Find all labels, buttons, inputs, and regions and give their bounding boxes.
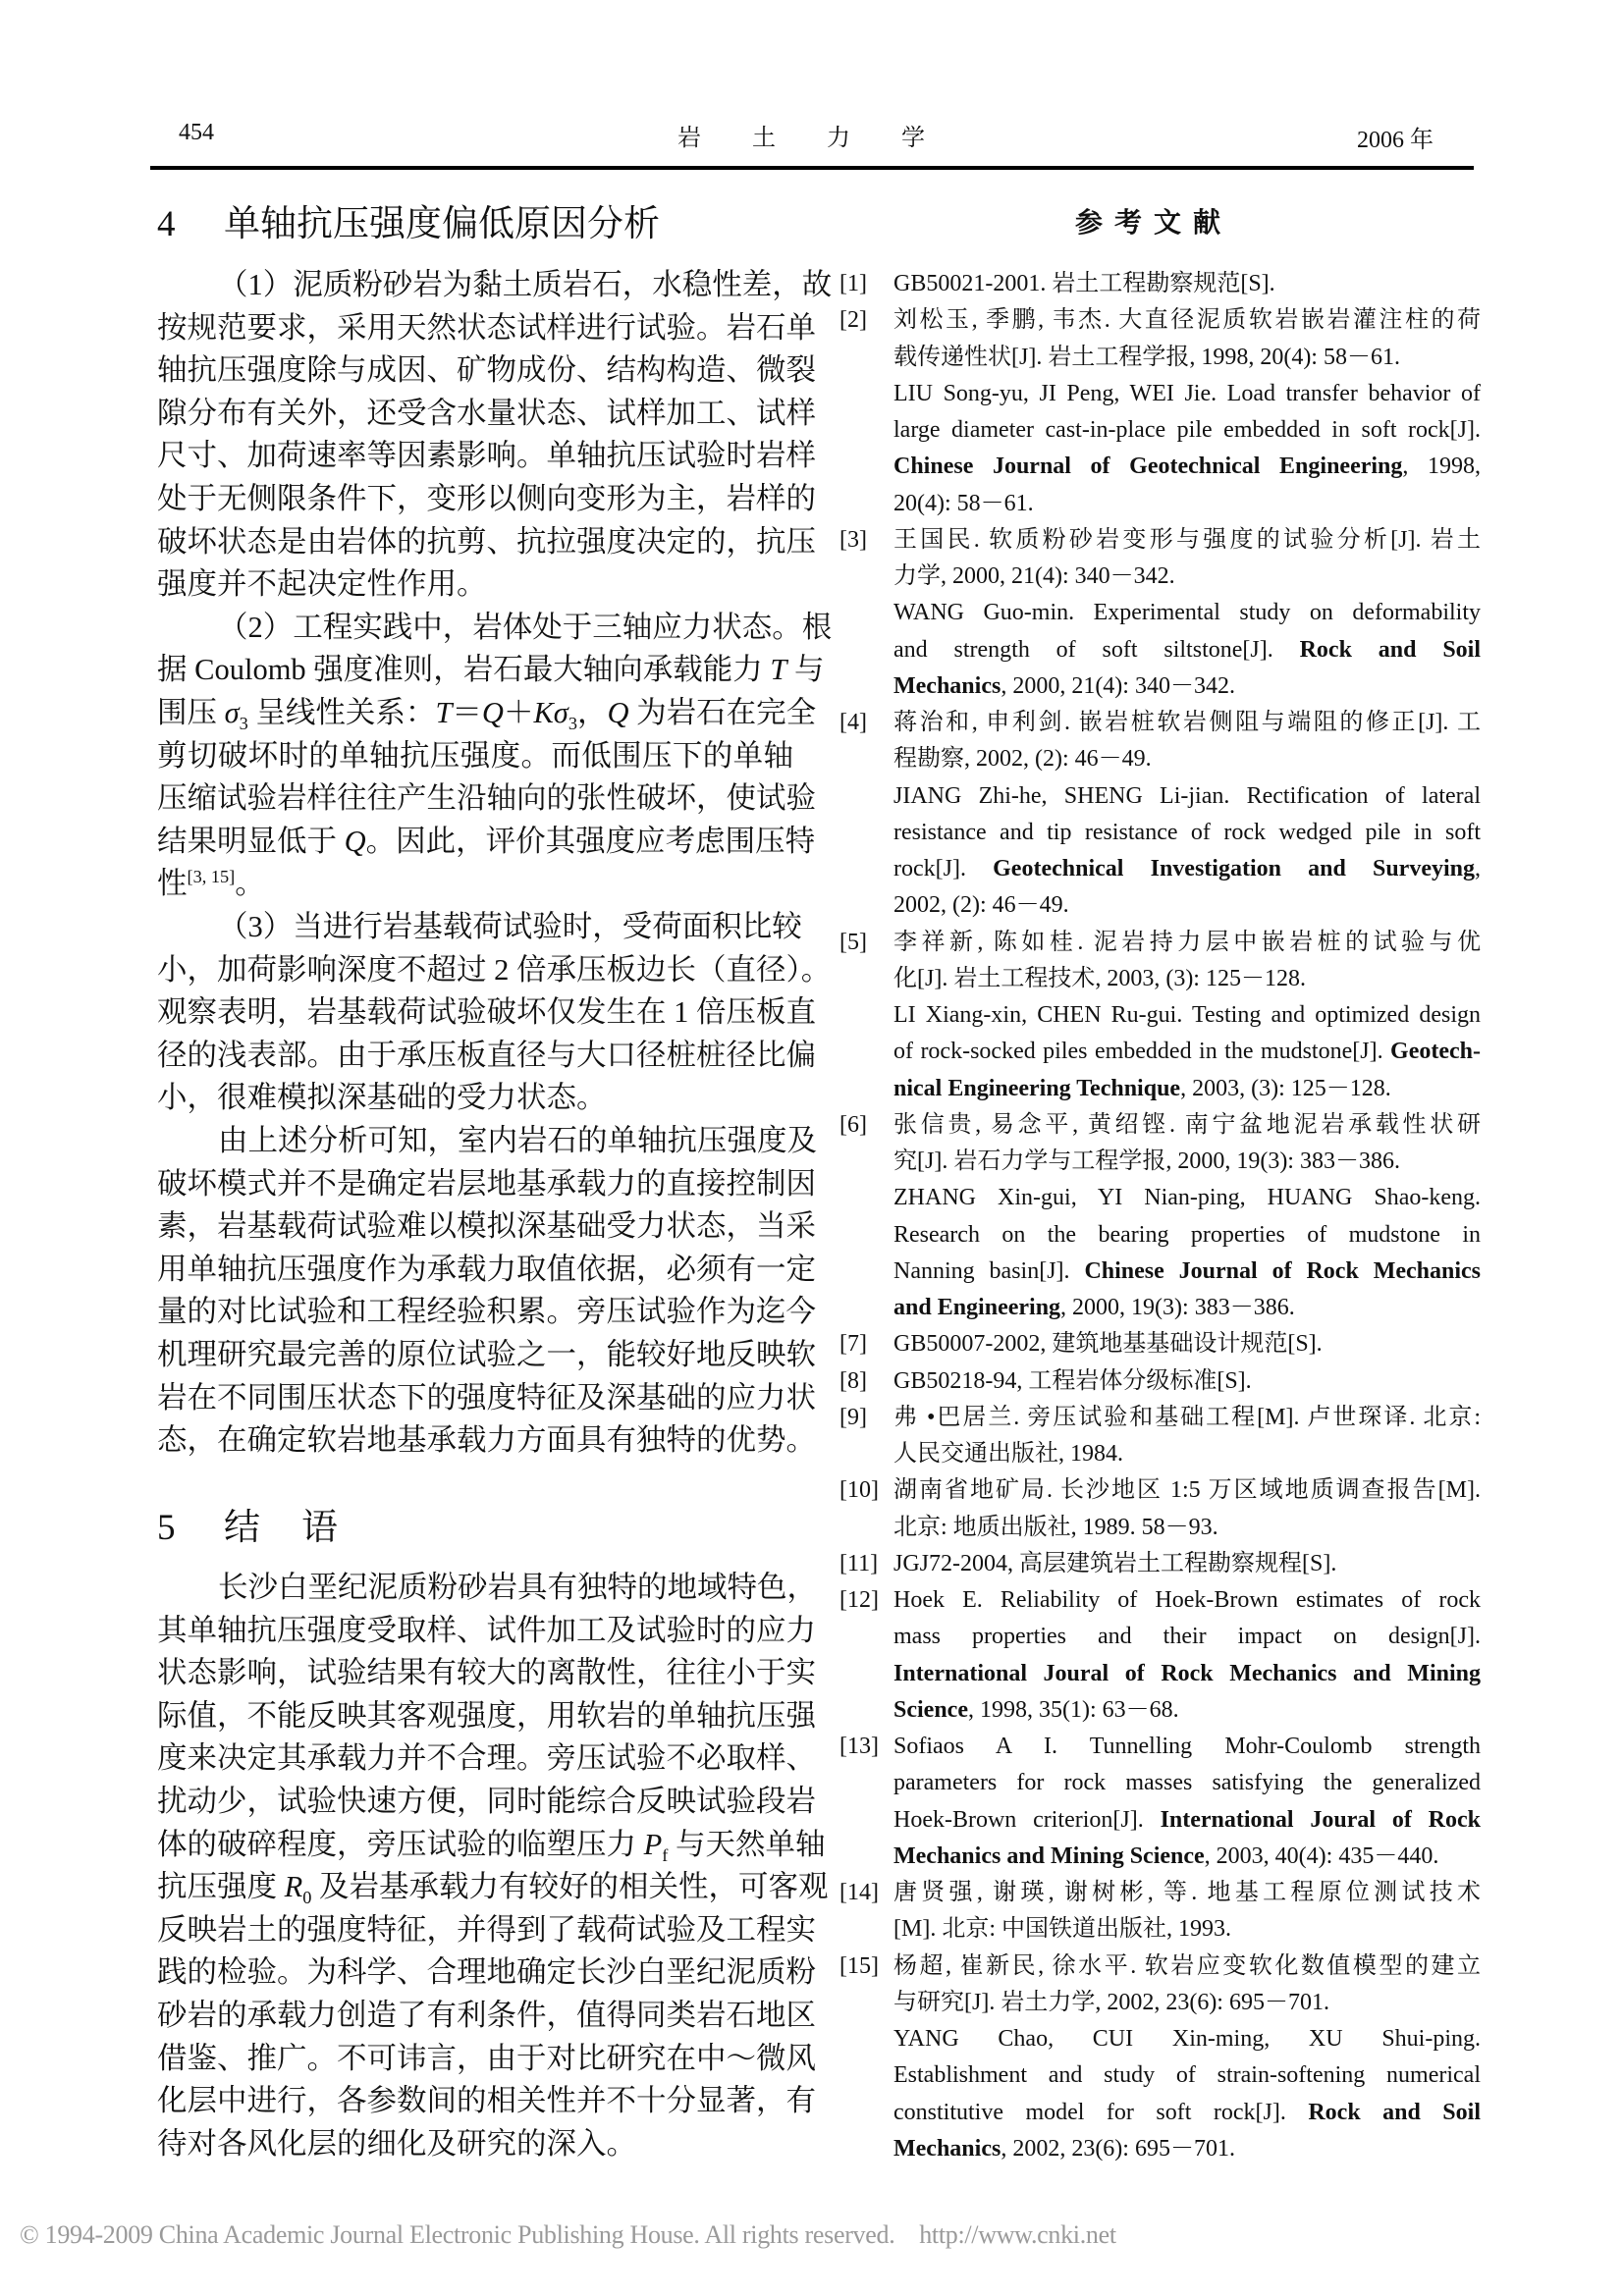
reference-item: [4]蒋治和, 申利剑. 嵌岩桩软岩侧阻与端阻的修正[J]. 工: [837, 705, 1481, 741]
reference-line: nical Engineering Technique, 2003, (3): …: [837, 1071, 1481, 1107]
reference-item: [15]杨超, 崔新民, 徐水平. 软岩应变软化数值模型的建立: [837, 1949, 1481, 1985]
body-text-line: 素，岩基载荷试验难以模拟深基础受力状态，当采: [157, 1204, 793, 1248]
reference-item: [1]GB50021-2001. 岩土工程勘察规范[S].: [837, 266, 1481, 302]
reference-line: Establishment and study of strain-soften…: [837, 2057, 1481, 2094]
reference-text: 力学, 2000, 21(4): 340－342.: [893, 559, 1481, 595]
reference-text: 王国民. 软质粉砂岩变形与强度的试验分析[J]. 岩土: [893, 522, 1481, 559]
reference-line: 程勘察, 2002, (2): 46－49.: [837, 741, 1481, 777]
body-text-line: 砂岩的承载力创造了有利条件，值得同类岩石地区: [157, 1994, 793, 2037]
reference-text: JIANG Zhi-he, SHENG Li-jian. Rectificati…: [893, 778, 1481, 815]
reference-text: rock[J]. Geotechnical Investigation and …: [893, 851, 1481, 887]
body-text-line: 机理研究最完善的原位试验之一，能较好地反映软: [157, 1333, 793, 1376]
reference-text: parameters for rock masses satisfying th…: [893, 1765, 1481, 1801]
reference-line: 与研究[J]. 岩土力学, 2002, 23(6): 695－701.: [837, 1985, 1481, 2021]
reference-label: [15]: [839, 1949, 879, 1985]
reference-item: [6]张信贵, 易念平, 黄绍铿. 南宁盆地泥岩承载性状研: [837, 1107, 1481, 1144]
reference-line: 20(4): 58－61.: [837, 486, 1481, 522]
reference-text: 李祥新, 陈如桂. 泥岩持力层中嵌岩桩的试验与优: [893, 925, 1481, 961]
reference-item: [3]王国民. 软质粉砂岩变形与强度的试验分析[J]. 岩土: [837, 522, 1481, 559]
reference-text: Sofiaos A I. Tunnelling Mohr-Coulomb str…: [893, 1729, 1481, 1765]
body-text-line: 化层中进行，各参数间的相关性并不十分显著，有: [157, 2079, 793, 2122]
body-text-line: 反映岩土的强度特征，并得到了载荷试验及工程实: [157, 1908, 793, 1951]
body-text-line: 隙分布有关外，还受含水量状态、试样加工、试样: [157, 392, 793, 435]
body-text-line: 破坏模式并不是确定岩层地基承载力的直接控制因: [157, 1162, 793, 1205]
reference-label: [12]: [839, 1582, 879, 1619]
reference-text: 杨超, 崔新民, 徐水平. 软岩应变软化数值模型的建立: [893, 1949, 1481, 1985]
body-text-line: 借鉴、推广。不可讳言，由于对比研究在中～微风: [157, 2037, 793, 2080]
reference-line: Mechanics and Mining Science, 2003, 40(4…: [837, 1839, 1481, 1875]
journal-title-char: 力: [827, 118, 852, 152]
body-text-line: 小，加荷影响深度不超过 2 倍承压板边长（直径）。: [157, 948, 793, 991]
journal-title-char: 学: [901, 118, 927, 152]
reference-text: Nanning basin[J]. Chinese Journal of Roc…: [893, 1254, 1481, 1290]
reference-line: 2002, (2): 46－49.: [837, 887, 1481, 924]
reference-line: 化[J]. 岩土工程技术, 2003, (3): 125－128.: [837, 961, 1481, 997]
reference-text: LIU Song-yu, JI Peng, WEI Jie. Load tran…: [893, 376, 1481, 412]
footer-url[interactable]: http://www.cnki.net: [919, 2220, 1116, 2249]
reference-label: [14]: [839, 1875, 879, 1911]
reference-text: Hoek E. Reliability of Hoek-Brown estima…: [893, 1582, 1481, 1619]
body-text-line: 由上述分析可知，室内岩石的单轴抗压强度及: [157, 1119, 793, 1162]
reference-line: constitutive model for soft rock[J]. Roc…: [837, 2095, 1481, 2131]
section-title-char: 结: [224, 1508, 260, 1548]
reference-line: International Joural of Rock Mechanics a…: [837, 1656, 1481, 1692]
reference-item: [5]李祥新, 陈如桂. 泥岩持力层中嵌岩桩的试验与优: [837, 925, 1481, 961]
reference-item: [9]弗 •巴居兰. 旁压试验和基础工程[M]. 卢世琛译. 北京:: [837, 1400, 1481, 1436]
body-text-line: （2）工程实践中，岩体处于三轴应力状态。根: [157, 606, 793, 649]
reference-line: of rock-socked piles embedded in the mud…: [837, 1034, 1481, 1070]
reference-text: GB50218-94, 工程岩体分级标准[S].: [893, 1363, 1481, 1400]
body-text-line: 据 Coulomb 强度准则，岩石最大轴向承载能力 T 与: [157, 648, 793, 691]
reference-label: [13]: [839, 1729, 879, 1765]
reference-text: 张信贵, 易念平, 黄绍铿. 南宁盆地泥岩承载性状研: [893, 1107, 1481, 1144]
body-text-line: 轴抗压强度除与成因、矿物成份、结构构造、微裂: [157, 348, 793, 392]
body-text-line: 践的检验。为科学、合理地确定长沙白垩纪泥质粉: [157, 1950, 793, 1994]
reference-line: Research on the bearing properties of mu…: [837, 1217, 1481, 1254]
reference-text: 究[J]. 岩石力学与工程学报, 2000, 19(3): 383－386.: [893, 1144, 1481, 1180]
reference-label: [4]: [839, 705, 867, 741]
reference-line: ZHANG Xin-gui, YI Nian-ping, HUANG Shao-…: [837, 1180, 1481, 1216]
references-title: 参考文献: [1075, 201, 1232, 240]
body-text-line: 剪切破坏时的单轴抗压强度。而低围压下的单轴: [157, 734, 793, 777]
body-text-line: 强度并不起决定性作用。: [157, 562, 793, 606]
reference-line: 北京: 地质出版社, 1989. 58－93.: [837, 1510, 1481, 1546]
body-text-line: 结果明显低于 Q。因此，评价其强度应考虑围压特: [157, 820, 793, 863]
reference-item: [10]湖南省地矿局. 长沙地区 1:5 万区域地质调查报告[M].: [837, 1472, 1481, 1509]
reference-text: 载传递性状[J]. 岩土工程学报, 1998, 20(4): 58－61.: [893, 340, 1481, 376]
journal-title-char: 岩: [677, 118, 703, 152]
copyright-text: © 1994-2009 China Academic Journal Elect…: [20, 2220, 894, 2249]
reference-text: LI Xiang-xin, CHEN Ru-gui. Testing and o…: [893, 997, 1481, 1034]
reference-text: large diameter cast-in-place pile embedd…: [893, 412, 1481, 449]
reference-text: Chinese Journal of Geotechnical Engineer…: [893, 449, 1481, 485]
reference-text: Mechanics, 2002, 23(6): 695－701.: [893, 2131, 1481, 2167]
reference-line: Mechanics, 2000, 21(4): 340－342.: [837, 668, 1481, 705]
reference-item: [7]GB50007-2002, 建筑地基基础设计规范[S].: [837, 1326, 1481, 1362]
body-text-line: 状态影响，试验结果有较大的离散性，往往小于实: [157, 1651, 793, 1694]
section-4-heading: 4单轴抗压强度偏低原因分析: [157, 193, 660, 246]
reference-text: JGJ72-2004, 高层建筑岩土工程勘察规程[S].: [893, 1546, 1481, 1582]
reference-text: 唐贤强, 谢瑛, 谢树彬, 等. 地基工程原位测试技术: [893, 1875, 1481, 1911]
reference-line: YANG Chao, CUI Xin-ming, XU Shui-ping.: [837, 2021, 1481, 2057]
reference-text: Mechanics, 2000, 21(4): 340－342.: [893, 668, 1481, 705]
body-text-line: 其单轴抗压强度受取样、试件加工及试验时的应力: [157, 1609, 793, 1652]
reference-text: [M]. 北京: 中国铁道出版社, 1993.: [893, 1911, 1481, 1948]
reference-label: [2]: [839, 302, 867, 339]
reference-label: [6]: [839, 1107, 867, 1144]
body-text-line: 待对各风化层的细化及研究的深入。: [157, 2122, 793, 2165]
reference-text: Research on the bearing properties of mu…: [893, 1217, 1481, 1254]
journal-title-char: 土: [752, 118, 778, 152]
reference-label: [11]: [839, 1546, 878, 1582]
page-number: 454: [179, 120, 214, 146]
reference-label: [8]: [839, 1363, 867, 1400]
header-rule: [150, 166, 1474, 170]
reference-text: 与研究[J]. 岩土力学, 2002, 23(6): 695－701.: [893, 1985, 1481, 2021]
reference-line: and Engineering, 2000, 19(3): 383－386.: [837, 1290, 1481, 1326]
copyright-footer: © 1994-2009 China Academic Journal Elect…: [20, 2220, 1116, 2250]
reference-text: 人民交通出版社, 1984.: [893, 1436, 1481, 1472]
journal-title: 岩 土 力 学: [677, 118, 927, 152]
body-text-line: 用单轴抗压强度作为承载力取值依据，必须有一定: [157, 1248, 793, 1291]
body-text-line: 体的破碎程度，旁压试验的临塑压力 Pf 与天然单轴: [157, 1823, 793, 1866]
section-number: 4: [157, 203, 224, 245]
body-text-line: 度来决定其承载力并不合理。旁压试验不必取样、: [157, 1736, 793, 1780]
reference-text: 刘松玉, 季鹏, 韦杰. 大直径泥质软岩嵌岩灌注柱的荷: [893, 302, 1481, 339]
reference-line: rock[J]. Geotechnical Investigation and …: [837, 851, 1481, 887]
reference-item: [2]刘松玉, 季鹏, 韦杰. 大直径泥质软岩嵌岩灌注柱的荷: [837, 302, 1481, 339]
reference-line: 人民交通出版社, 1984.: [837, 1436, 1481, 1472]
reference-line: Nanning basin[J]. Chinese Journal of Roc…: [837, 1254, 1481, 1290]
reference-line: JIANG Zhi-he, SHENG Li-jian. Rectificati…: [837, 778, 1481, 815]
reference-item: [11]JGJ72-2004, 高层建筑岩土工程勘察规程[S].: [837, 1546, 1481, 1582]
body-text-line: 量的对比试验和工程经验积累。旁压试验作为迄今: [157, 1290, 793, 1333]
reference-line: 力学, 2000, 21(4): 340－342.: [837, 559, 1481, 595]
reference-text: constitutive model for soft rock[J]. Roc…: [893, 2095, 1481, 2131]
reference-text: GB50007-2002, 建筑地基基础设计规范[S].: [893, 1326, 1481, 1362]
body-text-line: 长沙白垩纪泥质粉砂岩具有独特的地域特色，: [157, 1566, 793, 1609]
reference-label: [1]: [839, 266, 867, 302]
body-text-line: 破坏状态是由岩体的抗剪、抗拉强度决定的，抗压: [157, 520, 793, 563]
reference-text: 20(4): 58－61.: [893, 486, 1481, 522]
body-text-line: 岩在不同围压状态下的强度特征及深基础的应力状: [157, 1376, 793, 1419]
reference-text: Hoek-Brown criterion[J]. International J…: [893, 1802, 1481, 1839]
body-text-line: （1）泥质粉砂岩为黏土质岩石，水稳性差，故: [157, 263, 793, 306]
reference-text: 弗 •巴居兰. 旁压试验和基础工程[M]. 卢世琛译. 北京:: [893, 1400, 1481, 1436]
reference-item: [14]唐贤强, 谢瑛, 谢树彬, 等. 地基工程原位测试技术: [837, 1875, 1481, 1911]
reference-line: Hoek-Brown criterion[J]. International J…: [837, 1802, 1481, 1839]
reference-label: [5]: [839, 925, 867, 961]
reference-item: [8]GB50218-94, 工程岩体分级标准[S].: [837, 1363, 1481, 1400]
body-text-line: 性[3, 15]。: [157, 862, 793, 905]
reference-text: 2002, (2): 46－49.: [893, 887, 1481, 924]
reference-item: [13]Sofiaos A I. Tunnelling Mohr-Coulomb…: [837, 1729, 1481, 1765]
reference-text: 化[J]. 岩土工程技术, 2003, (3): 125－128.: [893, 961, 1481, 997]
reference-label: [10]: [839, 1472, 879, 1509]
reference-text: 蒋治和, 申利剑. 嵌岩桩软岩侧阻与端阻的修正[J]. 工: [893, 705, 1481, 741]
reference-line: Chinese Journal of Geotechnical Engineer…: [837, 449, 1481, 485]
reference-line: Science, 1998, 35(1): 63－68.: [837, 1692, 1481, 1729]
body-text-line: 径的浅表部。由于承压板直径与大口径桩桩径比偏: [157, 1034, 793, 1077]
reference-line: mass properties and their impact on desi…: [837, 1619, 1481, 1655]
reference-line: parameters for rock masses satisfying th…: [837, 1765, 1481, 1801]
reference-line: Mechanics, 2002, 23(6): 695－701.: [837, 2131, 1481, 2167]
reference-text: Establishment and study of strain-soften…: [893, 2057, 1481, 2094]
reference-item: [12]Hoek E. Reliability of Hoek-Brown es…: [837, 1582, 1481, 1619]
body-text-line: 压缩试验岩样往往产生沿轴向的张性破坏，使试验: [157, 776, 793, 820]
body-text-line: 处于无侧限条件下，变形以侧向变形为主，岩样的: [157, 477, 793, 520]
reference-line: resistance and tip resistance of rock we…: [837, 815, 1481, 851]
reference-line: large diameter cast-in-place pile embedd…: [837, 412, 1481, 449]
reference-text: 湖南省地矿局. 长沙地区 1:5 万区域地质调查报告[M].: [893, 1472, 1481, 1509]
section-title: 单轴抗压强度偏低原因分析: [224, 204, 660, 244]
reference-text: 北京: 地质出版社, 1989. 58－93.: [893, 1510, 1481, 1546]
body-text-line: 按规范要求，采用天然状态试样进行试验。岩石单: [157, 306, 793, 349]
reference-text: nical Engineering Technique, 2003, (3): …: [893, 1071, 1481, 1107]
reference-line: LIU Song-yu, JI Peng, WEI Jie. Load tran…: [837, 376, 1481, 412]
reference-line: and strength of soft siltstone[J]. Rock …: [837, 632, 1481, 668]
reference-line: LI Xiang-xin, CHEN Ru-gui. Testing and o…: [837, 997, 1481, 1034]
journal-year: 2006 年: [1357, 120, 1434, 154]
body-text-line: 小，很难模拟深基础的受力状态。: [157, 1076, 793, 1119]
reference-text: and Engineering, 2000, 19(3): 383－386.: [893, 1290, 1481, 1326]
reference-line: 究[J]. 岩石力学与工程学报, 2000, 19(3): 383－386.: [837, 1144, 1481, 1180]
reference-text: YANG Chao, CUI Xin-ming, XU Shui-ping.: [893, 2021, 1481, 2057]
body-text-line: 尺寸、加荷速率等因素影响。单轴抗压试验时岩样: [157, 434, 793, 477]
reference-line: [M]. 北京: 中国铁道出版社, 1993.: [837, 1911, 1481, 1948]
reference-text: International Joural of Rock Mechanics a…: [893, 1656, 1481, 1692]
reference-text: mass properties and their impact on desi…: [893, 1619, 1481, 1655]
reference-text: ZHANG Xin-gui, YI Nian-ping, HUANG Shao-…: [893, 1180, 1481, 1216]
reference-text: Science, 1998, 35(1): 63－68.: [893, 1692, 1481, 1729]
reference-label: [3]: [839, 522, 867, 559]
body-text-line: 扰动少，试验快速方便，同时能综合反映试验段岩: [157, 1780, 793, 1823]
section-title-char: 语: [301, 1508, 338, 1548]
body-text-line: 抗压强度 R0 及岩基承载力有较好的相关性，可客观: [157, 1865, 793, 1908]
reference-line: WANG Guo-min. Experimental study on defo…: [837, 595, 1481, 631]
reference-text: WANG Guo-min. Experimental study on defo…: [893, 595, 1481, 631]
body-text-line: 观察表明，岩基载荷试验破坏仅发生在 1 倍压板直: [157, 990, 793, 1034]
section-number: 5: [157, 1507, 224, 1549]
reference-line: 载传递性状[J]. 岩土工程学报, 1998, 20(4): 58－61.: [837, 340, 1481, 376]
reference-label: [7]: [839, 1326, 867, 1362]
reference-text: GB50021-2001. 岩土工程勘察规范[S].: [893, 266, 1481, 302]
body-text-line: 态，在确定软岩地基承载力方面具有独特的优势。: [157, 1418, 793, 1462]
reference-text: resistance and tip resistance of rock we…: [893, 815, 1481, 851]
reference-text: and strength of soft siltstone[J]. Rock …: [893, 632, 1481, 668]
reference-text: 程勘察, 2002, (2): 46－49.: [893, 741, 1481, 777]
section-5-heading: 5结语: [157, 1497, 338, 1550]
reference-text: of rock-socked piles embedded in the mud…: [893, 1034, 1481, 1070]
body-text-line: （3）当进行岩基载荷试验时，受荷面积比较: [157, 905, 793, 948]
body-text-line: 际值，不能反映其客观强度，用软岩的单轴抗压强: [157, 1694, 793, 1737]
reference-text: Mechanics and Mining Science, 2003, 40(4…: [893, 1839, 1481, 1875]
reference-label: [9]: [839, 1400, 867, 1436]
body-text-line: 围压 σ3 呈线性关系：T＝Q＋Kσ3，Q 为岩石在完全: [157, 691, 793, 734]
